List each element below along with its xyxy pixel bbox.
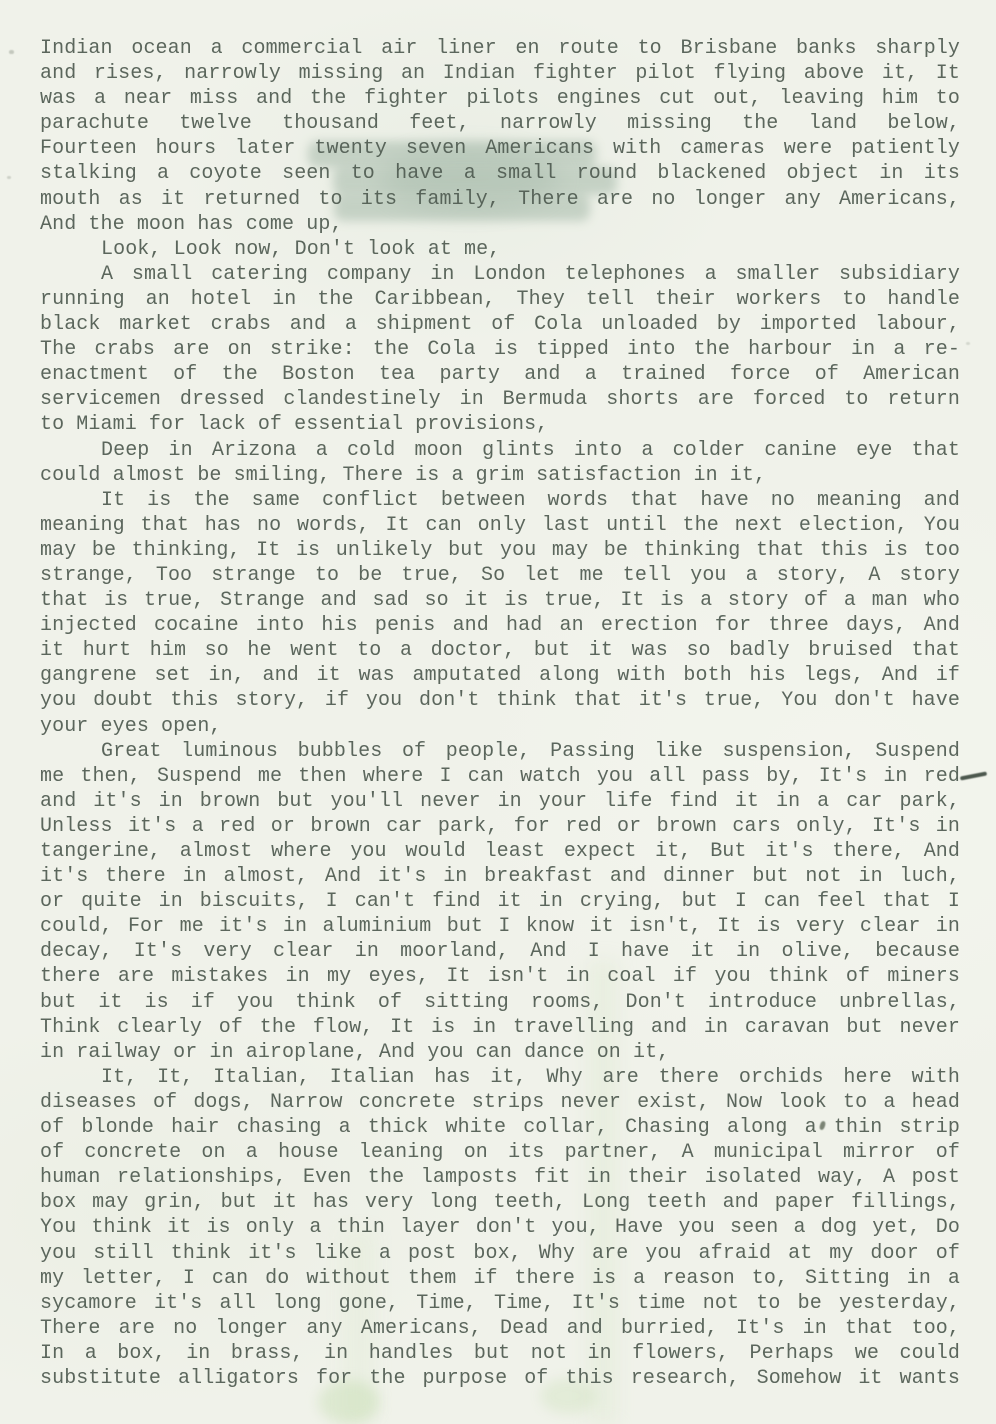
text-line: In a box, in brass, in handles but not i…: [40, 1341, 960, 1366]
text-line: You think it is only a thin layer don't …: [40, 1215, 960, 1240]
text-line: of concrete on a house leaning on its pa…: [40, 1140, 960, 1165]
text-line: or quite in biscuits, I can't find it in…: [40, 889, 960, 914]
text-line: human relationships, Even the lamposts f…: [40, 1165, 960, 1190]
text-line: mouth as it returned to its family, Ther…: [40, 187, 960, 212]
ink-speck: [9, 50, 14, 54]
text-line: you doubt this story, if you don't think…: [40, 688, 960, 713]
text-line: tangerine, almost where you would least …: [40, 839, 960, 864]
text-line: Great luminous bubbles of people, Passin…: [40, 739, 960, 764]
pen-dash-mark: [960, 771, 987, 780]
document-text-body: Indian ocean a commercial air liner en r…: [40, 36, 960, 1391]
text-line: There are no longer any Americans, Dead …: [40, 1316, 960, 1341]
text-line: It is the same conflict between words th…: [40, 488, 960, 513]
text-line: Deep in Arizona a cold moon glints into …: [40, 438, 960, 463]
text-line: diseases of dogs, Narrow concrete strips…: [40, 1090, 960, 1115]
text-line: black market crabs and a shipment of Col…: [40, 312, 960, 337]
text-line: Indian ocean a commercial air liner en r…: [40, 36, 960, 61]
text-line: decay, It's very clear in moorland, And …: [40, 939, 960, 964]
text-line: gangrene set in, and it was amputated al…: [40, 663, 960, 688]
text-line: and it's in brown but you'll never in yo…: [40, 789, 960, 814]
text-line: Fourteen hours later twenty seven Americ…: [40, 136, 960, 161]
text-line: may be thinking, It is unlikely but you …: [40, 538, 960, 563]
text-line: servicemen dressed clandestinely in Berm…: [40, 387, 960, 412]
text-line: injected cocaine into his penis and had …: [40, 613, 960, 638]
text-line: sycamore it's all long gone, Time, Time,…: [40, 1291, 960, 1316]
document-page: Indian ocean a commercial air liner en r…: [0, 0, 996, 1424]
text-line: could almost be smiling, There is a grim…: [40, 463, 960, 488]
text-line: but it is if you think of sitting rooms,…: [40, 990, 960, 1015]
text-line: enactment of the Boston tea party and a …: [40, 362, 960, 387]
text-line: It, It, Italian, Italian has it, Why are…: [40, 1065, 960, 1090]
text-line: box may grin, but it has very long teeth…: [40, 1190, 960, 1215]
text-line: The crabs are on strike: the Cola is tip…: [40, 337, 960, 362]
text-line: substitute alligators for the purpose of…: [40, 1366, 960, 1391]
text-line: to Miami for lack of essential provision…: [40, 412, 960, 437]
text-line: running an hotel in the Caribbean, They …: [40, 287, 960, 312]
text-line: was a near miss and the fighter pilots e…: [40, 86, 960, 111]
text-line: my letter, I can do without them if ther…: [40, 1266, 960, 1291]
text-line: me then, Suspend me then where I can wat…: [40, 764, 960, 789]
text-line: your eyes open,: [40, 714, 960, 739]
text-line: strange, Too strange to be true, So let …: [40, 563, 960, 588]
text-line: A small catering company in London telep…: [40, 262, 960, 287]
text-line: Unless it's a red or brown car park, for…: [40, 814, 960, 839]
text-line: stalking a coyote seen to have a small r…: [40, 161, 960, 186]
text-line: meaning that has no words, It can only l…: [40, 513, 960, 538]
text-line: you still think it's like a post box, Wh…: [40, 1241, 960, 1266]
text-line: And the moon has come up,: [40, 212, 960, 237]
text-line: that is true, Strange and sad so it is t…: [40, 588, 960, 613]
text-line: Think clearly of the flow, It is in trav…: [40, 1015, 960, 1040]
text-line: parachute twelve thousand feet, narrowly…: [40, 111, 960, 136]
ink-speck: [966, 342, 970, 345]
text-line: there are mistakes in my eyes, It isn't …: [40, 964, 960, 989]
text-line: in railway or in airoplane, And you can …: [40, 1040, 960, 1065]
text-line: could, For me it's in aluminium but I kn…: [40, 914, 960, 939]
text-line: it's there in almost, And it's in breakf…: [40, 864, 960, 889]
ink-speck: [7, 176, 11, 179]
text-line: and rises, narrowly missing an Indian fi…: [40, 61, 960, 86]
text-line: it hurt him so he went to a doctor, but …: [40, 638, 960, 663]
text-line: Look, Look now, Don't look at me,: [40, 237, 960, 262]
